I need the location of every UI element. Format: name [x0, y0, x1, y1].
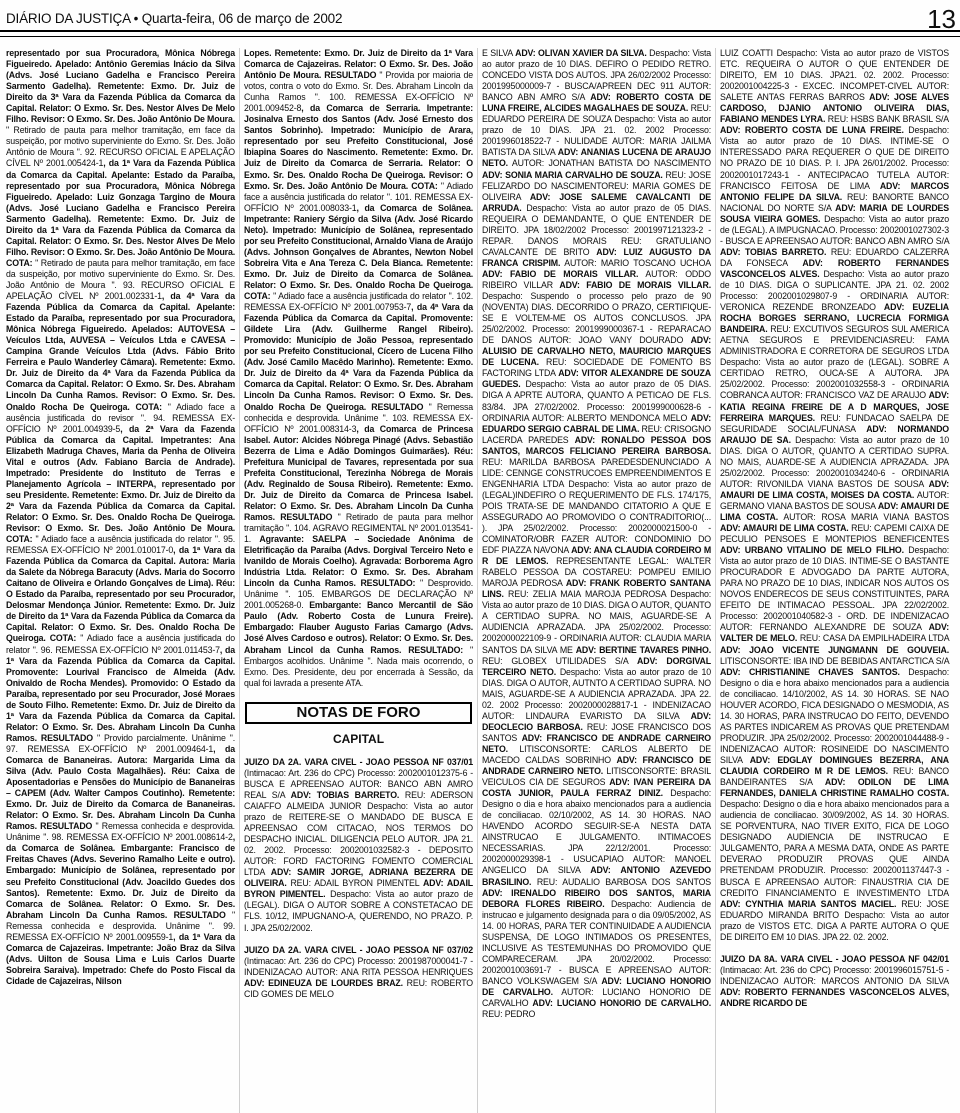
- legal-notice-paragraph: Lopes. Remetente: Exmo. Dr. Juiz de Dire…: [244, 48, 473, 689]
- gazette-page: { "header": { "newspaper": "DIÁRIO DA JU…: [0, 0, 960, 1113]
- legal-notice-paragraph: JUIZO DA 2A. VARA CIVEL - JOAO PESSOA NF…: [244, 945, 473, 1000]
- text-column-1: representado por sua Procuradora, Mônica…: [2, 48, 239, 1113]
- page-header: DIÁRIO DA JUSTIÇA • Quarta-feira, 06 de …: [0, 0, 960, 29]
- capital-subheading: CAPITAL: [244, 734, 473, 745]
- legal-notice-paragraph: LUIZ COATTI Despacho: Vista ao autor pra…: [720, 48, 949, 943]
- page-number: 13: [927, 7, 956, 31]
- content-columns: representado por sua Procuradora, Mônica…: [2, 48, 958, 1113]
- header-rule: [0, 30, 960, 32]
- text-column-4: LUIZ COATTI Despacho: Vista ao autor pra…: [715, 48, 953, 1113]
- legal-notice-paragraph: JUIZO DA 2A. VARA CIVEL - JOAO PESSOA NF…: [244, 757, 473, 934]
- header-rule-secondary: [0, 36, 960, 37]
- legal-notice-paragraph: JUIZO DA 8A. VARA CIVEL - JOAO PESSOA NF…: [720, 954, 949, 1009]
- legal-notice-paragraph: representado por sua Procuradora, Mônica…: [6, 48, 235, 987]
- legal-notice-paragraph: E SILVA ADV: OLIVAN XAVIER DA SILVA. Des…: [482, 48, 711, 1020]
- newspaper-title: DIÁRIO DA JUSTIÇA • Quarta-feira, 06 de …: [6, 7, 342, 26]
- text-column-2: Lopes. Remetente: Exmo. Dr. Juiz de Dire…: [239, 48, 477, 1113]
- text-column-3: E SILVA ADV: OLIVAN XAVIER DA SILVA. Des…: [477, 48, 715, 1113]
- notas-de-foro-heading: NOTAS DE FORO: [245, 702, 472, 724]
